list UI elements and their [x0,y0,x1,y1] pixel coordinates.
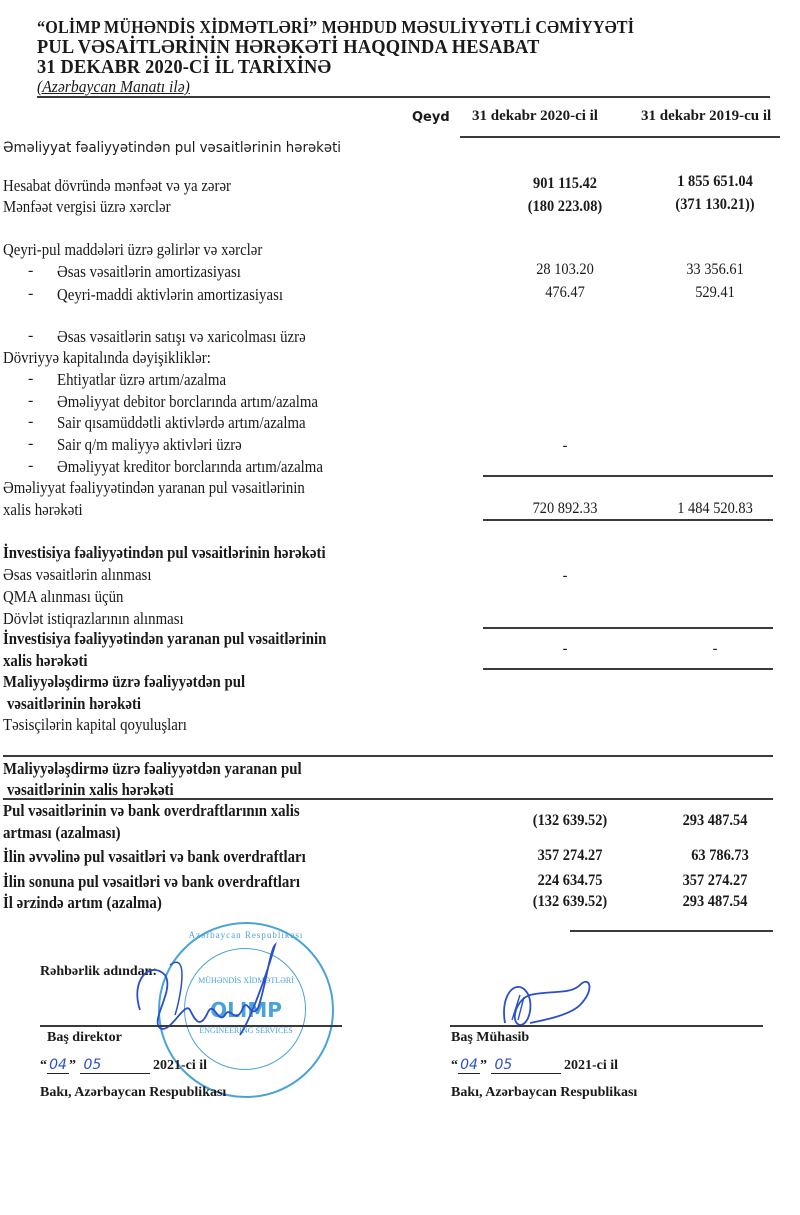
bullet-dash: - [28,370,33,388]
report-date: 31 DEKABR 2020-Cİ İL TARİXİNƏ [37,56,331,78]
bullet-dash: - [28,327,33,345]
row-label: Dövriyyə kapitalında dəyişikliklər: [3,348,211,368]
report-title: PUL VƏSAİTLƏRİNİN HƏRƏKƏTİ HAQQINDA HESA… [37,36,540,58]
section-divider [3,798,773,800]
row-label: QMA alınması üçün [3,587,123,607]
net-financing-label-1: Maliyyələşdirmə üzrə fəaliyyətdən yarana… [3,759,302,779]
quote-open: “ [40,1058,47,1073]
net-operating-label-2: xalis hərəkəti [3,500,83,520]
row-label: Əməliyyat debitor borclarında artım/azal… [57,392,318,412]
value-2020: 901 115.42 [502,175,628,193]
row-label: Mənfəət vergisi üzrə xərclər [3,197,171,217]
row-label: Hesabat dövründə mənfəət və ya zərər [3,176,231,196]
total-label-2: artması (azalması) [3,823,121,843]
row-label: Əsas vəsaitlərin amortizasiyası [57,262,241,282]
row-label: Qeyri-maddi aktivlərin amortizasiyası [57,285,283,305]
row-label: Təsisçilərin kapital qoyuluşları [3,715,187,735]
value-2019: 63 786.73 [657,847,783,865]
value-2020: 357 274.27 [507,847,633,865]
total-label: İl ərzində artım (azalma) [3,893,162,913]
accountant-role: Baş Mühasib [451,1030,529,1046]
net-financing-label-2: vəsaitlərinin xalis hərəkəti [7,780,174,800]
bullet-dash: - [28,262,33,280]
row-label: Əsas vəsaitlərin satışı və xaricolması ü… [57,327,306,347]
total-label-1: Pul vəsaitlərinin və bank overdraftların… [3,801,300,821]
subtotal-line [483,475,773,477]
bullet-dash: - [28,413,33,431]
right-top-line [570,930,773,932]
row-label: Ehtiyatlar üzrə artım/azalma [57,370,226,390]
director-year: 2021-ci il [153,1058,207,1073]
net-operating-2019: 1 484 520.83 [652,500,778,518]
net-investing-2020: - [502,640,628,658]
total-line [483,519,773,521]
net-operating-2020: 720 892.33 [502,500,628,518]
value-2019: 1 855 651.04 [652,173,778,191]
director-month: 05 [80,1057,150,1074]
total-line [483,668,773,670]
bullet-dash: - [28,435,33,453]
bullet-dash: - [28,392,33,410]
stamp-outer-text: Azərbaycan Respublikası [160,930,332,940]
section-financing-title-1: Maliyyələşdirmə üzrə fəaliyyətdən pul [3,672,245,692]
section-operating-title: Əməliyyat fəaliyyətindən pul vəsaitlərin… [3,140,341,156]
director-sign-line [40,1025,342,1027]
row-label: Əməliyyat kreditor borclarında artım/aza… [57,457,323,477]
value-2020: (132 639.52) [507,893,633,911]
section-divider [3,755,773,757]
value-2020: - [502,437,628,455]
quote-close: ” [69,1058,76,1073]
row-label: Qeyri-pul maddələri üzrə gəlirlər və xər… [3,240,262,260]
value-2019: 529.41 [652,284,778,302]
bullet-dash: - [28,285,33,303]
director-place: Bakı, Azərbaycan Respublikası [40,1085,226,1101]
value-2020: 28 103.20 [502,261,628,279]
director-date: “04” 05 2021-ci il [40,1057,207,1074]
accountant-place: Bakı, Azərbaycan Respublikası [451,1085,637,1101]
value-2020: 476.47 [502,284,628,302]
director-day: 04 [47,1057,69,1074]
col-2019: 31 dekabr 2019-cu il [641,108,771,125]
accountant-year: 2021-ci il [564,1058,618,1073]
value-2019: 293 487.54 [652,893,778,911]
quote-close: ” [480,1058,487,1073]
accountant-date: “04” 05 2021-ci il [451,1057,618,1074]
row-label: Dövlət istiqrazlarının alınması [3,609,184,629]
total-label: İlin əvvəlinə pul vəsaitləri və bank ove… [3,847,306,867]
company-name: “OLİMP MÜHƏNDİS XİDMƏTLƏRİ” MƏHDUD MƏSUL… [37,16,634,38]
value-2019: (371 130.21)) [652,196,778,214]
director-role: Baş direktor [47,1030,122,1046]
quote-open: “ [451,1058,458,1073]
col-header-underline [460,136,780,138]
net-operating-label-1: Əməliyyat fəaliyyətindən yaranan pul vəs… [3,478,305,498]
col-2020: 31 dekabr 2020-ci il [472,108,598,125]
net-investing-label-2: xalis hərəkəti [3,651,88,671]
row-label: Sair q/m maliyyə aktivləri üzrə [57,435,242,455]
total-label: İlin sonuna pul vəsaitləri və bank overd… [3,872,300,892]
value-2019: 357 274.27 [652,872,778,890]
value-2020: 224 634.75 [507,872,633,890]
subtotal-line [483,627,773,629]
value-2020: (132 639.52) [507,812,633,830]
row-label: Əsas vəsaitlərin alınması [3,565,151,585]
net-investing-2019: - [652,640,778,658]
section-investing-title: İnvestisiya fəaliyyətindən pul vəsaitlər… [3,543,326,563]
currency-note: (Azərbaycan Manatı ilə) [37,77,190,97]
bullet-dash: - [28,457,33,475]
accountant-day: 04 [458,1057,480,1074]
net-investing-label-1: İnvestisiya fəaliyyətindən yaranan pul v… [3,629,326,649]
col-note: Qeyd [412,110,450,125]
value-2019: 293 487.54 [652,812,778,830]
accountant-sign-line [450,1025,763,1027]
header-divider [37,96,770,98]
row-label: Sair qısamüddətli aktivlərdə artım/azalm… [57,413,306,433]
value-2020: - [502,567,628,585]
section-financing-title-2: vəsaitlərinin hərəkəti [7,694,141,714]
value-2019: 33 356.61 [652,261,778,279]
accountant-month: 05 [491,1057,561,1074]
value-2020: (180 223.08) [502,198,628,216]
